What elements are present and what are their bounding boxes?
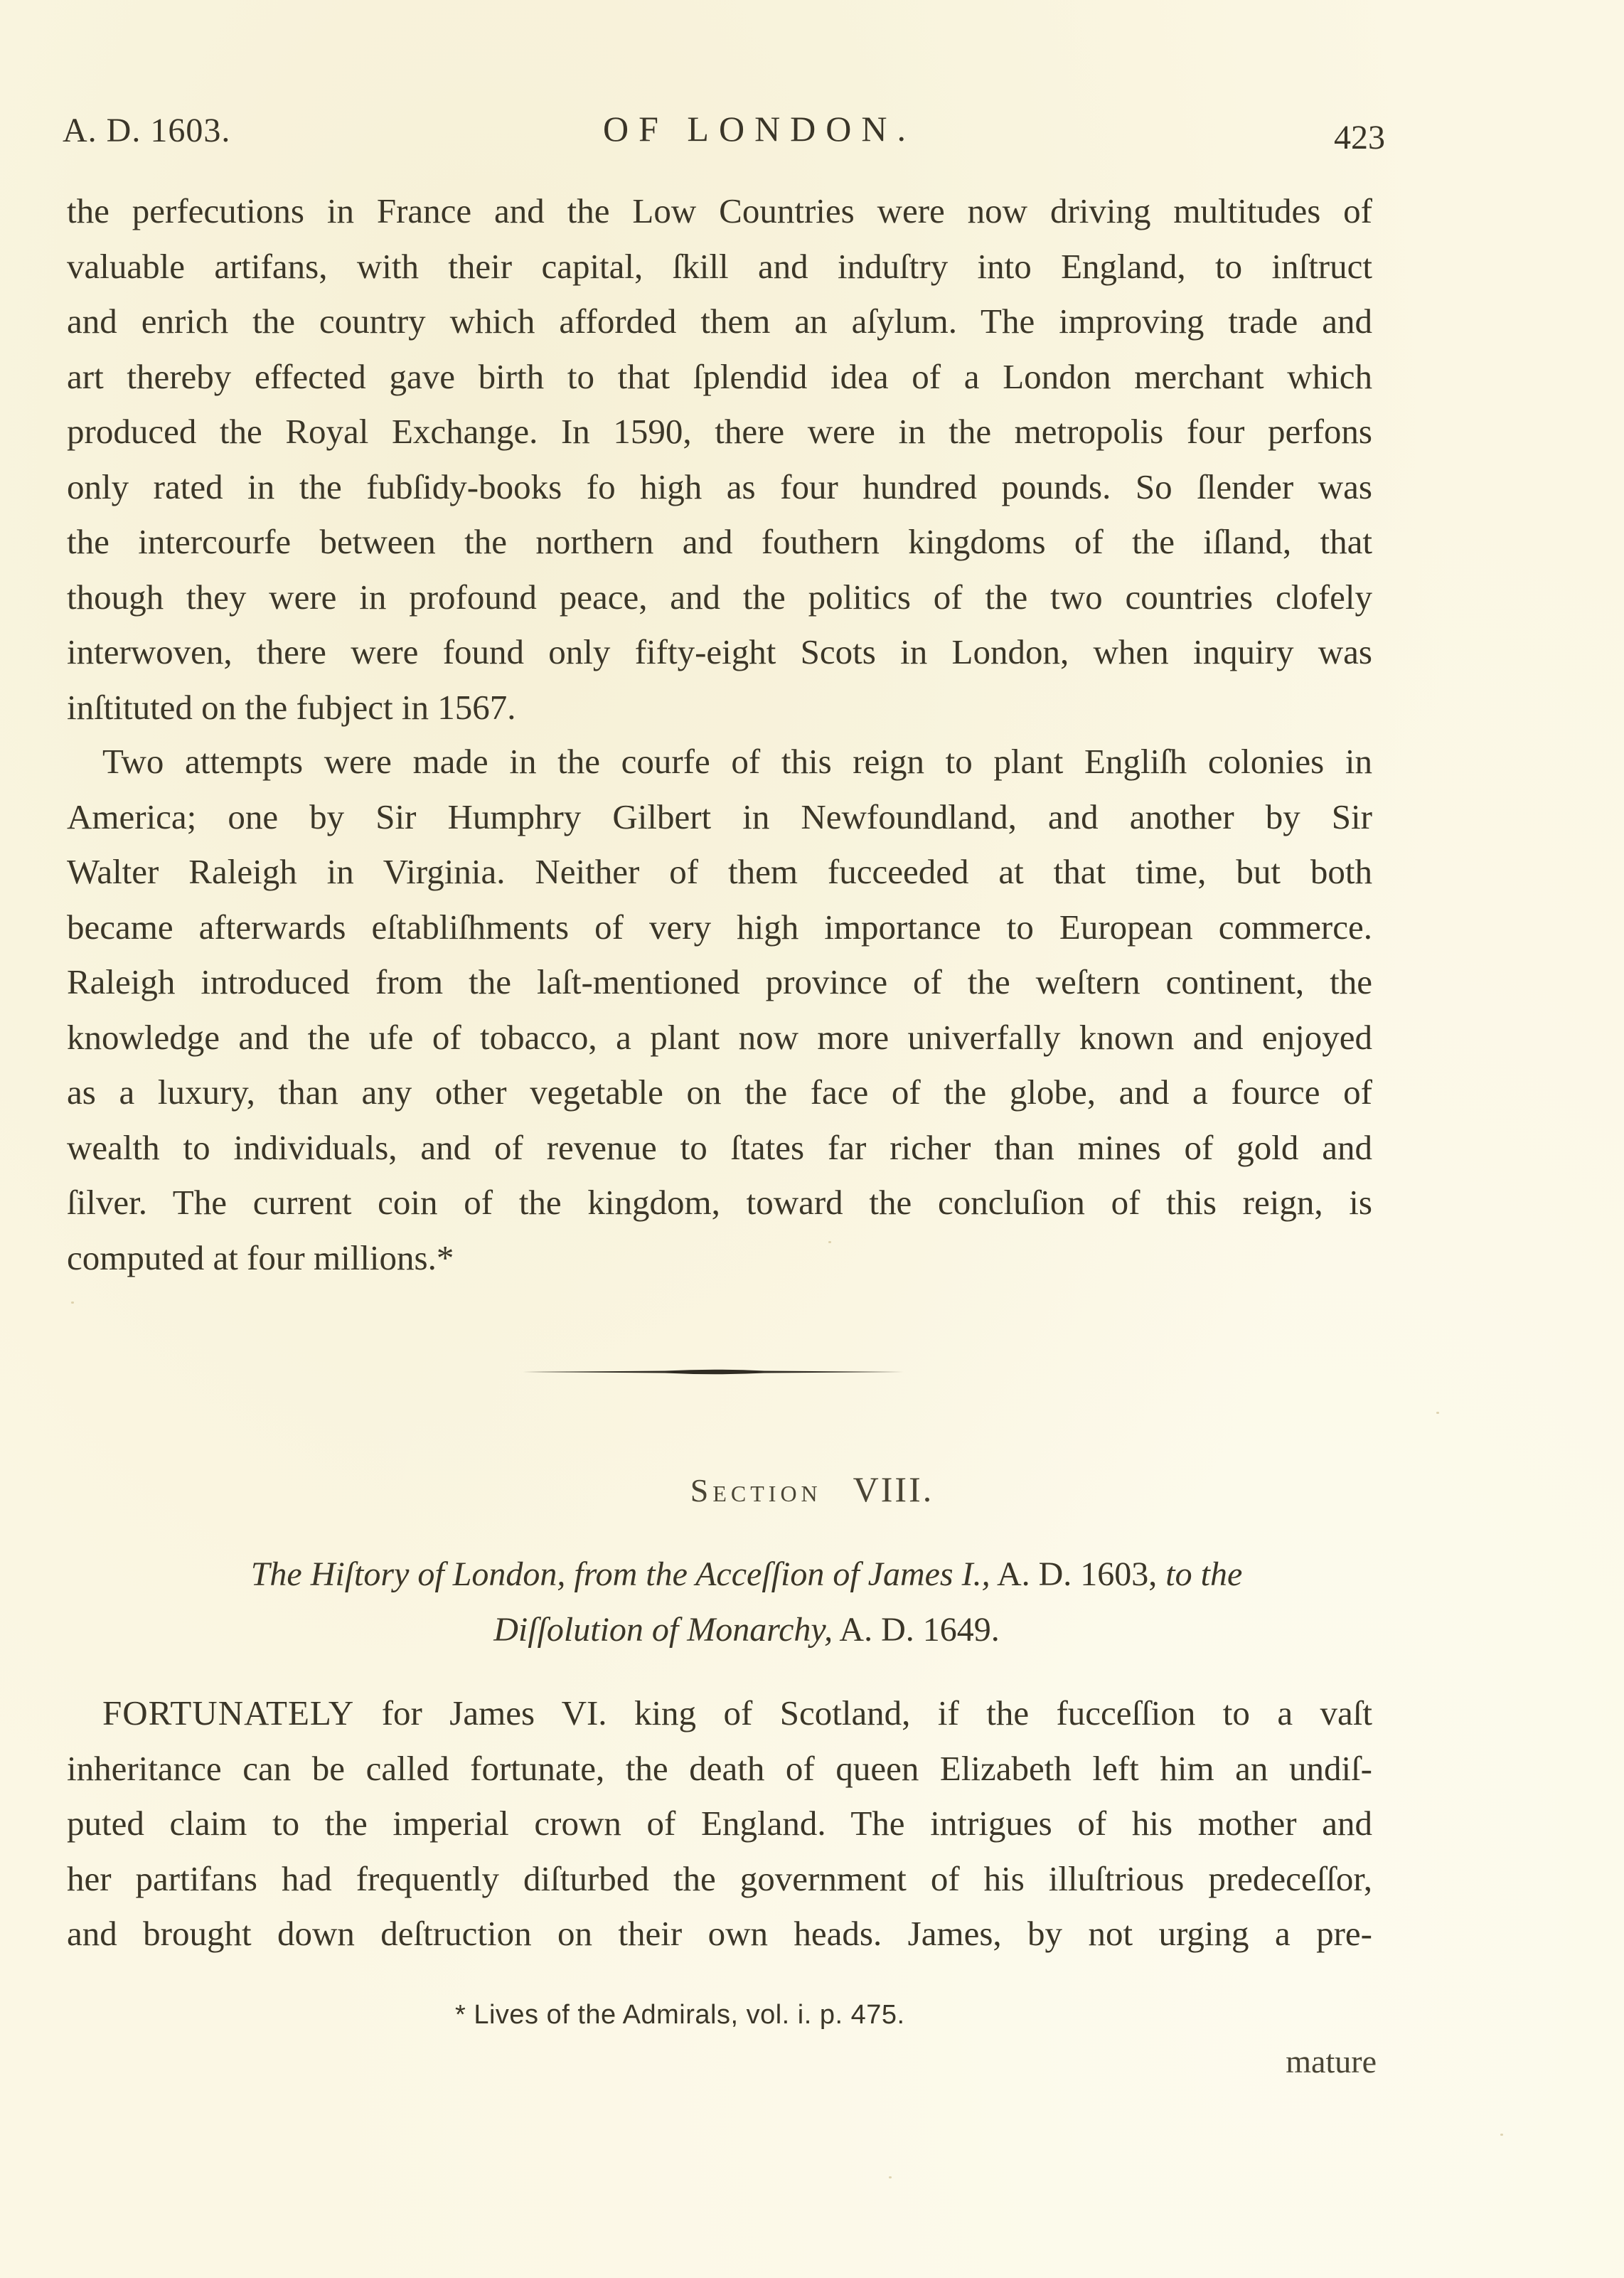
text-line: the perfecutions in France and the Low C… <box>67 183 1372 239</box>
subtitle-italic: The Hiſtory of London, from the Acceſſio… <box>251 1555 990 1593</box>
subtitle-italic: Diſſolution of Monarchy, <box>493 1611 833 1649</box>
text-run: for James VI. king of Scotland, if the f… <box>354 1693 1372 1733</box>
text-line: inſtituted on the fubject in 1567. <box>67 680 1372 735</box>
subtitle-italic: to the <box>1165 1555 1242 1593</box>
text-line: Two attempts were made in the courfe of … <box>67 734 1372 789</box>
subtitle-roman: A. D. 1649. <box>833 1611 1000 1649</box>
paragraph-3: FORTUNATELY for James VI. king of Scotla… <box>67 1686 1372 1962</box>
text-line: America; one by Sir Humphry Gilbert in N… <box>67 789 1372 845</box>
paper-speck <box>889 2176 892 2178</box>
running-head-date: A. D. 1603. <box>63 111 230 150</box>
section-heading: SectionVIII. <box>0 1469 1624 1510</box>
paper-speck <box>1500 2134 1503 2136</box>
running-head-title: OF LONDON. <box>603 108 916 149</box>
text-line: as a luxury, than any other vegetable on… <box>67 1065 1372 1120</box>
subtitle-line-2: Diſſolution of Monarchy, A. D. 1649. <box>107 1602 1387 1658</box>
text-line: though they were in profound peace, and … <box>67 570 1372 625</box>
footnote: * Lives of the Admirals, vol. i. p. 475. <box>455 2000 905 2030</box>
text-line: produced the Royal Exchange. In 1590, th… <box>67 404 1372 459</box>
paper-speck <box>828 1241 831 1243</box>
paper-speck <box>71 1302 74 1304</box>
subtitle-line-1: The Hiſtory of London, from the Acceſſio… <box>107 1547 1387 1602</box>
text-line: interwoven, there were found only fifty-… <box>67 624 1372 680</box>
section-number: VIII. <box>853 1469 934 1509</box>
subtitle-roman: A. D. 1603, <box>990 1555 1166 1593</box>
text-line: puted claim to the imperial crown of Eng… <box>67 1796 1372 1851</box>
page-number: 423 <box>1334 118 1385 157</box>
section-subtitle: The Hiſtory of London, from the Acceſſio… <box>107 1547 1387 1658</box>
paper-speck <box>1436 1412 1439 1414</box>
text-line: art thereby effected gave birth to that … <box>67 349 1372 405</box>
text-line: and brought down deſtruction on their ow… <box>67 1906 1372 1962</box>
section-label: Section <box>690 1472 822 1508</box>
ornamental-rule-divider <box>523 1368 907 1375</box>
text-line: inheritance can be called fortunate, the… <box>67 1741 1372 1797</box>
text-line: Raleigh introduced from the laſt-mention… <box>67 954 1372 1010</box>
paragraph-2: Two attempts were made in the courfe of … <box>67 734 1372 1285</box>
text-line: ſilver. The current coin of the kingdom,… <box>67 1175 1372 1230</box>
text-line: the intercourfe between the northern and… <box>67 514 1372 570</box>
paragraph-1: the perfecutions in France and the Low C… <box>67 183 1372 735</box>
text-line: wealth to individuals, and of revenue to… <box>67 1120 1372 1176</box>
book-page: A. D. 1603. OF LONDON. 423 the perfecuti… <box>0 0 1624 2278</box>
text-line: Walter Raleigh in Virginia. Neither of t… <box>67 844 1372 900</box>
text-line: knowledge and the ufe of tobacco, a plan… <box>67 1010 1372 1065</box>
text-line: her partifans had frequently diſturbed t… <box>67 1851 1372 1907</box>
running-head: A. D. 1603. OF LONDON. 423 <box>63 108 1385 158</box>
text-line: and enrich the country which afforded th… <box>67 294 1372 349</box>
text-line: became afterwards eſtabliſhments of very… <box>67 900 1372 955</box>
text-line: valuable artifans, with their capital, ſ… <box>67 239 1372 294</box>
text-line: computed at four millions.* <box>67 1230 1372 1286</box>
opening-word: FORTUNATELY <box>102 1693 354 1733</box>
text-line: only rated in the fubſidy-books fo high … <box>67 459 1372 515</box>
text-line: FORTUNATELY for James VI. king of Scotla… <box>67 1686 1372 1741</box>
catchword: mature <box>1286 2043 1377 2080</box>
